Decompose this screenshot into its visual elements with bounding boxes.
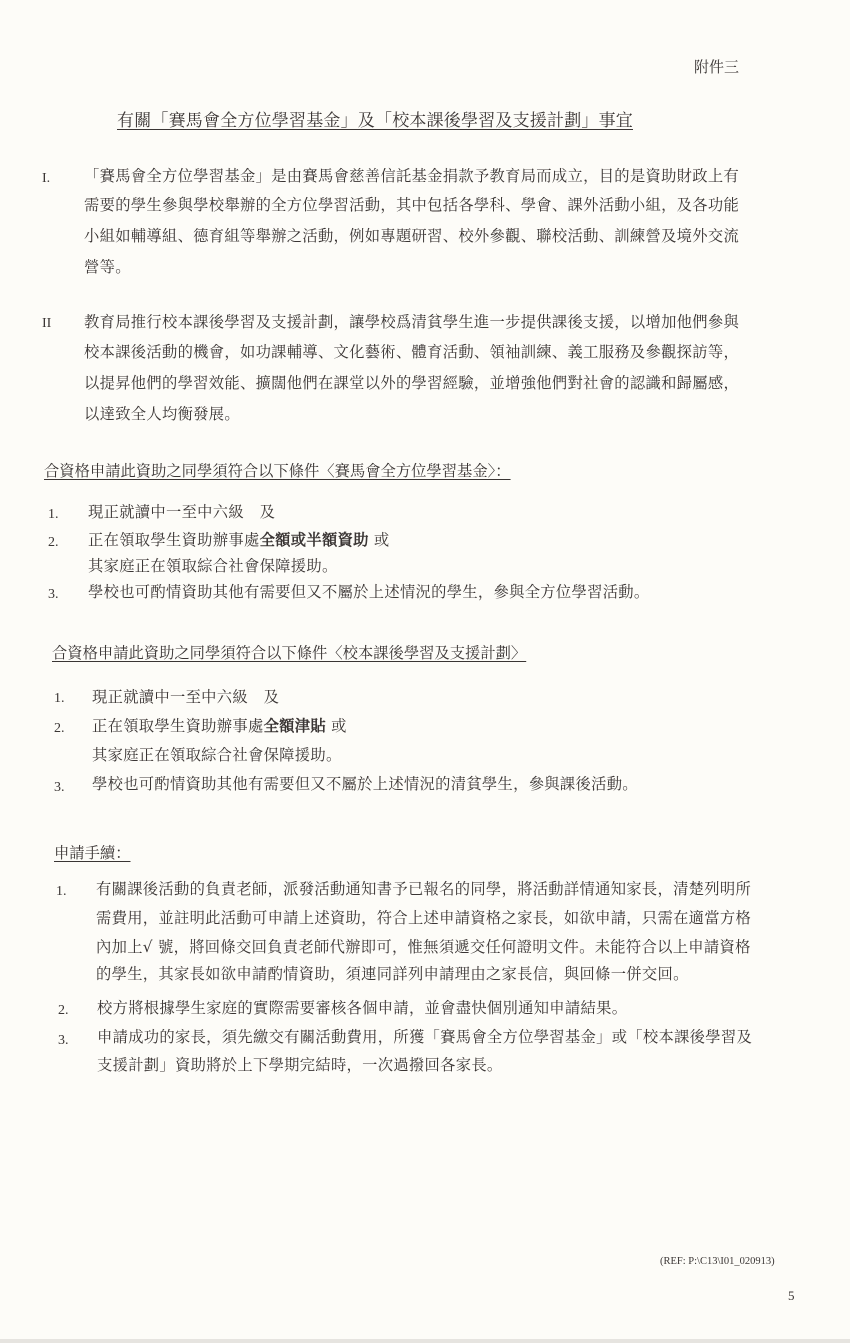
eligibility-jockey-heading: 合資格申請此資助之同學須符合以下條件〈賽馬會全方位學習基金〉：	[44, 459, 511, 481]
list-item: 學校也可酌情資助其他有需要但又不屬於上述情況的學生，參與全方位學習活動。	[88, 580, 650, 602]
list-number: 1.	[56, 884, 67, 900]
highlight-text: 全額津貼	[264, 717, 326, 735]
section-ii-line: 教育局推行校本課後學習及支援計劃，讓學校爲清貧學生進一步提供課後支援，以增加他們…	[84, 310, 739, 332]
eligibility-school-heading: 合資格申請此資助之同學須符合以下條件〈校本課後學習及支援計劃〉	[52, 641, 526, 663]
reference-code: (REF: P:\C13\I01_020913)	[660, 1256, 775, 1267]
list-item-continuation: 其家庭正在領取綜合社會保障援助。	[92, 743, 342, 765]
section-i-line: 「賽馬會全方位學習基金」是由賽馬會慈善信託基金捐款予教育局而成立，目的是資助財政…	[84, 164, 739, 186]
section-ii-line: 以達致全人均衡發展。	[84, 402, 240, 424]
procedure-line: 支援計劃」資助將於上下學期完結時，一次過撥回各家長。	[97, 1053, 503, 1075]
list-item: 現正就讀中一至中六級 及	[92, 685, 279, 707]
list-number: 1.	[48, 507, 59, 523]
list-item: 正在領取學生資助辦事處全額或半額資助 或	[88, 528, 390, 550]
procedure-line: 申請成功的家長，須先繳交有關活動費用，所獲「賽馬會全方位學習基金」或「校本課後學…	[97, 1025, 752, 1047]
page-number: 5	[788, 1288, 795, 1304]
procedure-line: 的學生，其家長如欲申請酌情資助，須連同詳列申請理由之家長信，與回條一併交回。	[96, 962, 689, 984]
list-number: 2.	[48, 535, 59, 551]
section-i-line: 營等。	[84, 255, 131, 277]
list-item-continuation: 其家庭正在領取綜合社會保障援助。	[88, 554, 338, 576]
section-i-marker: I.	[42, 171, 50, 187]
section-ii-line: 校本課後活動的機會，如功課輔導、文化藝術、體育活動、領袖訓練、義工服務及參觀探訪…	[84, 340, 739, 362]
procedure-line: 校方將根據學生家庭的實際需要審核各個申請，並會盡快個別通知申請結果。	[97, 996, 627, 1018]
list-number: 2.	[54, 721, 65, 737]
page-edge	[0, 1339, 850, 1343]
document-page: 附件三 有關「賽馬會全方位學習基金」及「校本課後學習及支援計劃」事宜 I. 「賽…	[0, 0, 850, 1343]
section-i-line: 小組如輔導組、德育組等舉辦之活動，例如專題研習、校外參觀、聯校活動、訓練營及境外…	[84, 224, 739, 246]
procedure-line: 需費用，並註明此活動可申請上述資助，符合上述申請資格之家長，如欲申請，只需在適當…	[96, 906, 751, 928]
list-number: 3.	[58, 1033, 69, 1049]
list-number: 2.	[58, 1003, 69, 1019]
section-i-line: 需要的學生參與學校舉辦的全方位學習活動，其中包括各學科、學會、課外活動小組，及各…	[84, 193, 739, 215]
list-number: 3.	[54, 780, 65, 796]
list-item: 正在領取學生資助辦事處全額津貼 或	[92, 714, 347, 736]
list-item: 學校也可酌情資助其他有需要但又不屬於上述情況的清貧學生，參與課後活動。	[92, 772, 638, 794]
section-ii-line: 以提昇他們的學習效能、擴闊他們在課堂以外的學習經驗，並增強他們對社會的認識和歸屬…	[84, 371, 739, 393]
document-title: 有關「賽馬會全方位學習基金」及「校本課後學習及支援計劃」事宜	[117, 106, 633, 131]
procedure-line: 內加上√ 號，將回條交回負責老師代辦即可，惟無須遞交任何證明文件。未能符合以上申…	[96, 935, 751, 957]
procedure-heading: 申請手續：	[54, 841, 131, 863]
list-item: 現正就讀中一至中六級 及	[88, 500, 275, 522]
highlight-text: 全額或半額資助	[260, 531, 369, 549]
list-number: 1.	[54, 691, 65, 707]
procedure-line: 有關課後活動的負責老師，派發活動通知書予已報名的同學，將活動詳情通知家長，清楚列…	[96, 877, 751, 899]
list-number: 3.	[48, 587, 59, 603]
section-ii-marker: II	[42, 316, 51, 332]
annex-label: 附件三	[694, 56, 739, 77]
